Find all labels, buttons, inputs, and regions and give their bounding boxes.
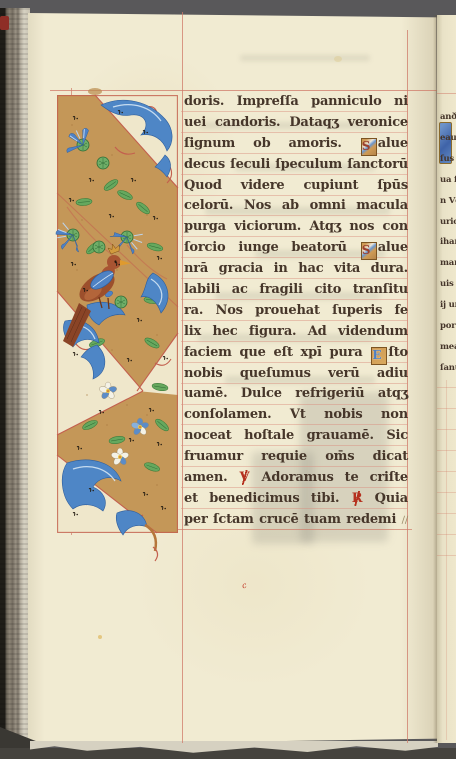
text-line: nobis queſumus verū adiu — [184, 364, 408, 385]
text-line: labili ac fragili cito tranſitu — [184, 280, 408, 301]
text-line: uamē. Dulce refrigeriū atqʒ — [184, 384, 408, 405]
text-line: uei candoris. Dataqʒ veronice — [184, 113, 408, 134]
latin-text-block: doris. Impreſſa panniculo niuei candoris… — [184, 92, 408, 531]
decorated-initial-s: S — [361, 138, 377, 156]
facing-page-edge: anðeauſusua ſn Vcurioihañmamuis uij urip… — [437, 15, 456, 743]
text-line: nrā gracia in hac vita dura. — [184, 259, 408, 280]
facing-ruling-vertical — [446, 380, 447, 740]
facing-text-fragment: anð — [440, 112, 456, 122]
text-line: conſolamen. Vt nobis non — [184, 405, 408, 426]
facing-ruling-line — [437, 387, 456, 388]
text-line: ſorcio iunge beatorū Salue — [184, 238, 408, 259]
text-segment: lix hec figura. Ad videndum — [184, 324, 408, 339]
facing-text-fragment: ſanu — [440, 363, 456, 373]
text-line: decus ſeculi ſpeculum ſanctorū — [184, 155, 408, 176]
facing-ruling-line — [437, 408, 456, 409]
text-segment: purga viciorum. Atqʒ nos con — [184, 219, 408, 234]
text-segment: Quod videre cupiunt ſpūs — [184, 178, 408, 193]
text-line: Quod videre cupiunt ſpūs — [184, 176, 408, 197]
text-line: purga viciorum. Atqʒ nos con — [184, 217, 408, 238]
text-segment: ſorcio iunge beatorū — [184, 240, 360, 255]
stain-spot — [334, 56, 342, 62]
facing-text-fragment: urio — [440, 217, 456, 227]
versicle-mark: V — [239, 470, 251, 485]
paint-smudge — [88, 88, 102, 95]
facing-text-fragment: ihañ — [440, 237, 456, 247]
text-segment: uamē. Dulce refrigeriū atqʒ — [184, 386, 408, 401]
text-segment: conſolamen. Vt nobis non — [184, 407, 408, 422]
illuminated-border-panel — [57, 95, 178, 533]
text-segment: noceat hoſtale grauamē. Sic — [184, 428, 408, 443]
facing-text-fragment: ij uri — [440, 300, 456, 310]
text-segment: et benedicimus tibi. — [184, 491, 351, 506]
facing-text-fragment: uis u — [440, 279, 456, 289]
text-line: fruamur requie om̄s dicat — [184, 447, 408, 468]
facing-ruling-line — [437, 93, 456, 94]
text-line: celorū. Nos ab omni macula — [184, 196, 408, 217]
text-segment: nobis queſumus verū adiu — [184, 366, 408, 381]
text-line: lix hec figura. Ad videndum — [184, 322, 408, 343]
text-line: amen. V Adoramus te criſte — [184, 468, 408, 489]
facing-ruling-line — [437, 429, 456, 430]
text-line: ſignum ob amoris. Salue — [184, 134, 408, 155]
show-through-smudge — [240, 55, 370, 61]
text-segment: Quia — [363, 491, 408, 506]
text-segment: alue — [378, 136, 408, 151]
facing-ruling-line — [437, 471, 456, 472]
ruling-line-top — [50, 90, 438, 91]
text-segment: ra. Nos prouehat ſuperis fe — [184, 303, 408, 318]
decorated-initial-e: E — [371, 347, 387, 365]
text-segment: nrā gracia in hac vita dura. — [184, 261, 408, 276]
facing-ruling-line — [437, 450, 456, 451]
facing-text-fragment: ua ſ — [440, 175, 456, 185]
facing-text-fragment: por ſp — [440, 321, 456, 331]
text-segment: ſto — [388, 345, 408, 360]
text-segment: decus ſeculi ſpeculum ſanctorū — [184, 157, 408, 172]
facing-ruling-line — [437, 513, 456, 514]
facing-text-fragment: ſus — [440, 154, 456, 164]
stain-spot — [98, 635, 102, 639]
text-line: per ſctam crucē tuam redemi ∕∕ — [184, 510, 408, 531]
facing-text-fragment: n Vc — [440, 196, 456, 206]
text-segment: ſignum ob amoris. — [184, 136, 360, 151]
text-segment: labili ac fragili cito tranſitu — [184, 282, 408, 297]
manuscript-photo: doris. Impreſſa panniculo niuei candoris… — [0, 0, 456, 759]
facing-text-fragment: eau — [440, 133, 456, 143]
text-segment: celorū. Nos ab omni macula — [184, 198, 408, 213]
text-segment: alue — [378, 240, 408, 255]
facing-text-fragment: meat — [440, 342, 456, 352]
text-segment: amen. — [184, 470, 239, 485]
response-mark: R — [351, 491, 364, 506]
text-segment: per ſctam crucē tuam redemi — [184, 512, 402, 527]
facing-ruling-line — [437, 534, 456, 535]
text-segment: Adoramus te criſte — [250, 470, 408, 485]
text-line: noceat hoſtale grauamē. Sic — [184, 426, 408, 447]
text-line: faciem que eſt xpī pura Eſto — [184, 343, 408, 364]
text-segment: fruamur requie om̄s dicat — [184, 449, 408, 464]
text-line: ra. Nos prouehat ſuperis fe — [184, 301, 408, 322]
facing-text-fragment: mam — [440, 258, 456, 268]
text-line: et benedicimus tibi. R Quia — [184, 489, 408, 510]
text-segment: uei candoris. Dataqʒ veronice — [184, 115, 408, 130]
decorated-initial-s: S — [361, 242, 377, 260]
facing-ruling-line — [437, 492, 456, 493]
text-segment: faciem que eſt xpī pura — [184, 345, 370, 360]
text-segment: doris. Impreſſa panniculo ni — [184, 94, 408, 109]
red-stained-edge — [0, 16, 9, 30]
text-line: doris. Impreſſa panniculo ni — [184, 92, 408, 113]
book-page-stack-edge — [0, 8, 30, 740]
ruling-line-text-left-vertical — [182, 12, 183, 743]
line-filler-mark: ∕∕ — [402, 515, 408, 526]
facing-ruling-line — [437, 555, 456, 556]
